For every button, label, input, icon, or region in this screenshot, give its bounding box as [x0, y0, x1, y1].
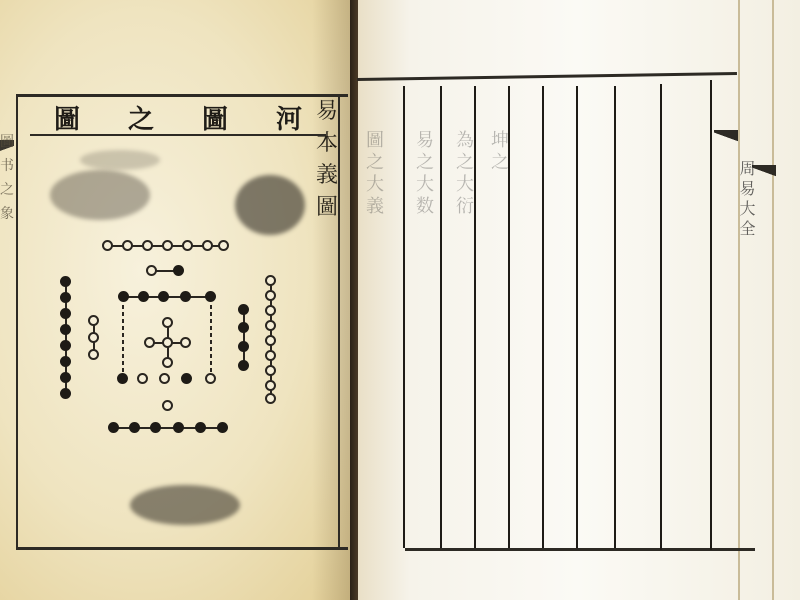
white-dot	[265, 350, 276, 361]
page-stack-edge	[772, 0, 774, 600]
black-dot	[129, 422, 140, 433]
black-dot	[60, 356, 71, 367]
black-dot	[60, 388, 71, 399]
black-dot	[195, 422, 206, 433]
black-dot	[118, 291, 129, 302]
side-title-char: 圖	[316, 192, 338, 224]
black-dot	[60, 276, 71, 287]
black-dot	[181, 373, 192, 384]
white-dot	[162, 317, 173, 328]
white-dot	[146, 265, 157, 276]
ink-smudge	[235, 175, 305, 235]
column-rule	[440, 86, 442, 548]
black-dot	[173, 265, 184, 276]
black-dot	[150, 422, 161, 433]
title-band: 河 圖 之 圖	[30, 100, 326, 136]
white-dot	[162, 357, 173, 368]
edge-char: 之	[0, 178, 14, 202]
white-dot	[88, 349, 99, 360]
white-dot	[159, 373, 170, 384]
white-dot	[122, 240, 133, 251]
black-dot	[60, 372, 71, 383]
black-dot	[60, 340, 71, 351]
dashed-rule	[122, 305, 124, 375]
black-dot	[238, 341, 249, 352]
black-dot	[158, 291, 169, 302]
black-dot	[180, 291, 191, 302]
column-rule	[542, 86, 544, 548]
bleed-through-text: 易之大数	[410, 130, 436, 218]
white-dot	[162, 240, 173, 251]
ink-smudge	[130, 485, 240, 525]
ink-smudge	[50, 170, 150, 220]
book-gutter	[350, 0, 358, 600]
bleed-through-text: 坤之	[485, 130, 511, 174]
white-dot	[265, 305, 276, 316]
white-dot	[142, 240, 153, 251]
ink-smudge	[80, 150, 160, 170]
black-dot	[60, 292, 71, 303]
bleed-through-text: 為之大衍	[450, 130, 476, 218]
white-dot	[202, 240, 213, 251]
black-dot	[60, 324, 71, 335]
black-dot	[238, 322, 249, 333]
white-dot	[88, 315, 99, 326]
white-dot	[182, 240, 193, 251]
fishtail-mark	[714, 130, 738, 146]
dashed-rule	[210, 305, 212, 375]
black-dot	[108, 422, 119, 433]
title-char: 之	[126, 99, 156, 136]
title-char: 圖	[52, 99, 82, 136]
black-dot	[217, 422, 228, 433]
column-rule	[660, 84, 662, 550]
edge-text: 周易大全	[735, 160, 758, 240]
column-rule	[403, 86, 405, 548]
edge-char: 圖	[0, 130, 14, 154]
black-dot	[238, 304, 249, 315]
white-dot	[265, 380, 276, 391]
black-dot	[117, 373, 128, 384]
column-rule	[576, 86, 578, 548]
title-char: 河	[274, 99, 304, 136]
white-dot	[180, 337, 191, 348]
black-dot	[138, 291, 149, 302]
column-rule	[614, 86, 616, 548]
white-dot	[265, 275, 276, 286]
right-page-bottom-rule	[405, 548, 755, 551]
white-dot	[137, 373, 148, 384]
white-dot	[88, 332, 99, 343]
book-photo: 圖 书 之 象 河 圖 之 圖 易 本 義 圖	[0, 0, 800, 600]
black-dot	[60, 308, 71, 319]
side-title-char: 義	[316, 160, 338, 192]
white-dot	[265, 335, 276, 346]
column-rule	[710, 80, 712, 550]
he-tu-diagram	[40, 230, 300, 440]
white-dot	[265, 320, 276, 331]
bleed-through-text: 圖之大義	[360, 130, 386, 218]
white-dot	[144, 337, 155, 348]
connector	[243, 308, 245, 363]
page-stack-edge	[738, 0, 740, 600]
white-dot	[162, 337, 173, 348]
black-dot	[205, 291, 216, 302]
white-dot	[205, 373, 216, 384]
white-dot	[102, 240, 113, 251]
white-dot	[162, 400, 173, 411]
black-dot	[238, 360, 249, 371]
side-title-char: 易	[316, 96, 338, 128]
white-dot	[218, 240, 229, 251]
black-dot	[173, 422, 184, 433]
white-dot	[265, 393, 276, 404]
title-char: 圖	[200, 99, 230, 136]
side-title: 易 本 義 圖	[314, 96, 340, 224]
side-title-char: 本	[316, 128, 338, 160]
white-dot	[265, 290, 276, 301]
right-page	[357, 0, 800, 600]
left-edge-text: 圖 书 之 象	[0, 130, 14, 226]
edge-char: 书	[0, 154, 14, 178]
white-dot	[265, 365, 276, 376]
edge-char: 象	[0, 202, 14, 226]
